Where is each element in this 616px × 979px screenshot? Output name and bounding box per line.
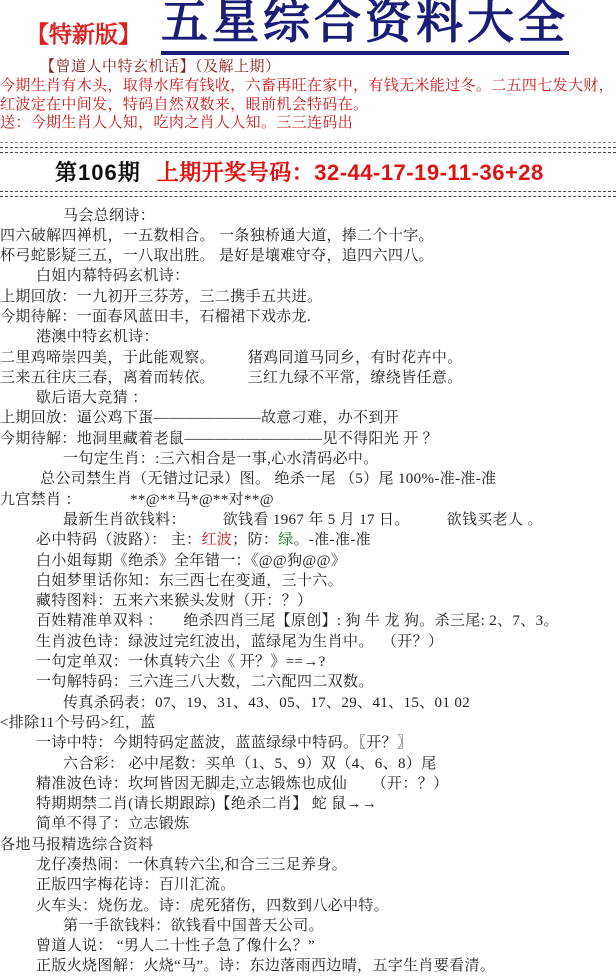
header: 【特新版】 五星综合资料大全 xyxy=(0,0,616,55)
edition-badge: 【特新版】 xyxy=(26,22,141,48)
content-line-text: 上期回放：逼公鸡下蛋———————故意刁难，办不到开 xyxy=(0,410,399,426)
content-line: 最新生肖欲钱料： 欲钱看 1967 年 5 月 17 日。 欲钱买老人 。 xyxy=(0,510,616,530)
content-line-text: 今期待解：一面春风蓝田丰，石榴裙下戏赤龙. xyxy=(0,309,311,325)
content-line: 歇后语大竞猜 ： xyxy=(0,388,616,408)
content-line-text: 一句定单双：一休真转六尘《 开？》==→? xyxy=(36,654,326,670)
content-line-text: 龙仔凑热闹：一休真转六尘,和合三三足养身。 xyxy=(36,857,347,873)
content-line-text: 一诗中特：今期特码定蓝波，蓝蓝绿绿中特码。〖开？〗 xyxy=(36,735,412,751)
content-line-text: 一句解特码：三六连三八大数，二六配四二双数。 xyxy=(36,674,374,690)
content-line: 传真杀码表：07、19、31、43、05、17、29、41、15、01 02 xyxy=(0,693,616,713)
content-line: <排除11个号码>红，蓝 xyxy=(0,713,616,733)
content-line: 白小姐每期《绝杀》全年错一：《@@狗@@》 xyxy=(0,551,616,571)
content-line-text: 正版火烧图解：火烧“马”。诗：东边落雨西边晴，五字生肖要看清。 xyxy=(36,958,495,974)
content-line: 杯弓蛇影疑三五，一八取出胜。 是好是壤难守夺，追四六四八。 xyxy=(0,246,616,266)
content-line: 四六破解四禅机，一五数相合。 一条独桥通大道，捧二个十字。 xyxy=(0,226,616,246)
intro-heading: 【曾道人中特玄机话】（及解上期） xyxy=(0,58,616,77)
last-draw-result: 上期开奖号码：32-44-17-19-11-36+28 xyxy=(157,156,544,187)
content-line: 六合彩： 必中尾数：买单（1、5、9）双（4、6、8）尾 xyxy=(0,754,616,774)
content-line: 第一手欲钱料：欲钱看中国普天公司。 xyxy=(0,916,616,936)
content-line-text: 绿 xyxy=(278,532,293,548)
content-line-text: 一句定生肖：:三六相合是一事,心水清码必中。 xyxy=(63,451,379,467)
page-title: 五星综合资料大全 xyxy=(161,0,569,55)
content-line-text: 港澳中特玄机诗： xyxy=(36,329,159,345)
content-line-text: 传真杀码表：07、19、31、43、05、17、29、41、15、01 02 xyxy=(63,695,470,711)
divider-thin xyxy=(0,142,616,143)
content-line-text: 曾道人说： “男人二十性子急了像什么？” xyxy=(36,938,315,954)
content-line-text: 百姓精准单双料 ： 绝杀四肖三尾【原创】: 狗 牛 龙 狗。杀三尾: 2、7、3… xyxy=(36,613,559,629)
intro-line-text: 送：今期生肖人人知，吃肉之肖人人知。三三连码出 xyxy=(0,115,353,131)
content-line-text: <排除11个号码>红，蓝 xyxy=(0,715,156,731)
content-line: 总公司禁生肖（无错过记录）图。 绝杀一尾 （5）尾 100%-准-准-准 xyxy=(0,469,616,489)
content-line-text: 马会总纲诗： xyxy=(63,208,155,224)
issue-number: 第106期 xyxy=(55,156,141,187)
content-line: 火车头：烧伤龙。诗：虎死猪伤，四数到八必中特。 xyxy=(0,896,616,916)
content-line: 马会总纲诗： xyxy=(0,206,616,226)
content-line: 百姓精准单双料 ： 绝杀四肖三尾【原创】: 狗 牛 龙 狗。杀三尾: 2、7、3… xyxy=(0,611,616,631)
content-line: 二里鸡啼崇四美，于此能观察。 猪鸡同道马同乡，有时花卉中。 xyxy=(0,348,616,368)
intro-lines: 今期生肖有木头，取得水库有钱收，六畜再旺在家中，有钱无米能过冬。二五四七发大财，… xyxy=(0,77,616,133)
content-line: 正版火烧图解：火烧“马”。诗：东边落雨西边晴，五字生肖要看清。 xyxy=(0,956,616,976)
content-line: 今期待解：一面春风蓝田丰，石榴裙下戏赤龙. xyxy=(0,307,616,327)
divider-double-bottom xyxy=(0,191,616,197)
content-line: 上期回放：一九初开三芬芳，三二携手五共进。 xyxy=(0,287,616,307)
content-line-text: 总公司禁生肖（无错过记录）图。 绝杀一尾 （5）尾 100%-准-准-准 xyxy=(36,471,496,487)
content-line: 精准波色诗：坎坷皆因无脚走,立志锻炼也成仙 （开：？） xyxy=(0,774,616,794)
content-line-text: 正版四字梅花诗：百川汇流。 xyxy=(36,877,236,893)
content-line-text: 白姐梦里话你知：东三西七在变通，三十六。 xyxy=(36,573,343,589)
content-line: 白姐梦里话你知：东三西七在变通，三十六。 xyxy=(0,571,616,591)
content-line: 港澳中特玄机诗： xyxy=(0,327,616,347)
content-line: 一句定生肖：:三六相合是一事,心水清码必中。 xyxy=(0,449,616,469)
content-line: 九宫禁肖 ： **@**马*@**对**@ xyxy=(0,490,616,510)
content-line-text: 第一手欲钱料：欲钱看中国普天公司。 xyxy=(63,918,324,934)
content-line: 上期回放：逼公鸡下蛋———————故意刁难，办不到开 xyxy=(0,408,616,428)
content-line-text: 特期期禁二肖(请长期跟踪)【绝杀二肖】 蛇 鼠→→ xyxy=(36,796,377,812)
content-line-text: 杯弓蛇影疑三五，一八取出胜。 是好是壤难守夺，追四六四八。 xyxy=(0,248,434,264)
page: 【特新版】 五星综合资料大全 【曾道人中特玄机话】（及解上期） 今期生肖有木头，… xyxy=(0,0,616,979)
content-line-text: 各地马报精选综合资料 xyxy=(0,837,154,853)
content-line-text: 最新生肖欲钱料： 欲钱看 1967 年 5 月 17 日。 欲钱买老人 。 xyxy=(63,512,543,528)
content-line-text: 必中特码（波路）： 主： xyxy=(36,532,201,548)
content-line: 三来五往庆三春，离着而转依。 三红九绿不平常，缭绕皆任意。 xyxy=(0,368,616,388)
intro-line: 送：今期生肖人人知，吃肉之肖人人知。三三连码出 xyxy=(0,114,616,133)
content-line: 必中特码（波路）： 主：红波；防：绿。-准-准-准 xyxy=(0,530,616,550)
content-line-text: 白小姐每期《绝杀》全年错一：《@@狗@@》 xyxy=(36,553,346,569)
content-line-text: 简单不得了：立志锻炼 xyxy=(36,816,190,832)
content-line: 一诗中特：今期特码定蓝波，蓝蓝绿绿中特码。〖开？〗 xyxy=(0,733,616,753)
content-line: 各地马报精选综合资料 xyxy=(0,835,616,855)
content-line: 白姐内幕特码玄机诗： xyxy=(0,266,616,286)
content-line-text: 。-准-准-准 xyxy=(294,532,371,548)
content-line-text: ；防： xyxy=(232,532,278,548)
content-line-text: 六合彩： 必中尾数：买单（1、5、9）双（4、6、8）尾 xyxy=(63,756,437,772)
content-line-text: 精准波色诗：坎坷皆因无脚走,立志锻炼也成仙 （开：？） xyxy=(36,776,448,792)
content-line: 生肖波色诗：绿波过完红波出，蓝绿尾为生肖中。 （开？） xyxy=(0,632,616,652)
content-line: 藏特图料：五来六来猴头发财（开：？） xyxy=(0,591,616,611)
content-line-text: 上期回放：一九初开三芬芳，三二携手五共进。 xyxy=(0,289,322,305)
intro-section: 【曾道人中特玄机话】（及解上期） 今期生肖有木头，取得水库有钱收，六畜再旺在家中… xyxy=(0,58,616,133)
intro-line: 红波定在中间发，特码自然双数来，眼前机会特码在。 xyxy=(0,96,616,115)
content-line-text: 二里鸡啼崇四美，于此能观察。 猪鸡同道马同乡，有时花卉中。 xyxy=(0,350,463,366)
content-line-text: 火车头：烧伤龙。诗：虎死猪伤，四数到八必中特。 xyxy=(36,898,389,914)
content-line-text: 今期待解：地洞里藏着老鼠—————————见不得阳光 开 ？ xyxy=(0,431,438,447)
content-line-text: 九宫禁肖 ： **@**马*@**对**@ xyxy=(0,492,274,508)
intro-line: 今期生肖有木头，取得水库有钱收，六畜再旺在家中，有钱无米能过冬。二五四七发大财， xyxy=(0,77,616,96)
issue-banner: 第106期 上期开奖号码：32-44-17-19-11-36+28 xyxy=(0,153,616,191)
content-line: 正版四字梅花诗：百川汇流。 xyxy=(0,875,616,895)
content-line-text: 红波 xyxy=(201,532,232,548)
content-line-text: 藏特图料：五来六来猴头发财（开：？） xyxy=(36,593,312,609)
content-line: 一句定单双：一休真转六尘《 开？》==→? xyxy=(0,652,616,672)
content-lines: 马会总纲诗：四六破解四禅机，一五数相合。 一条独桥通大道，捧二个十字。杯弓蛇影疑… xyxy=(0,206,616,977)
content-line-text: 三来五往庆三春，离着而转依。 三红九绿不平常，缭绕皆任意。 xyxy=(0,370,463,386)
content-line-text: 四六破解四禅机，一五数相合。 一条独桥通大道，捧二个十字。 xyxy=(0,228,434,244)
content-line-text: 歇后语大竞猜 ： xyxy=(36,390,148,406)
content-line: 龙仔凑热闹：一休真转六尘,和合三三足养身。 xyxy=(0,855,616,875)
content-line: 特期期禁二肖(请长期跟踪)【绝杀二肖】 蛇 鼠→→ xyxy=(0,794,616,814)
content-line-text: 白姐内幕特码玄机诗： xyxy=(36,268,190,284)
content-line: 曾道人说： “男人二十性子急了像什么？” xyxy=(0,936,616,956)
content-line: 一句解特码：三六连三八大数，二六配四二双数。 xyxy=(0,672,616,692)
intro-line-text: 今期生肖有木头，取得水库有钱收，六畜再旺在家中，有钱无米能过冬。二五四七发大财， xyxy=(0,78,614,94)
content-line: 今期待解：地洞里藏着老鼠—————————见不得阳光 开 ？ xyxy=(0,429,616,449)
intro-line-text: 红波定在中间发，特码自然双数来，眼前机会特码在。 xyxy=(0,97,368,113)
content-line: 简单不得了：立志锻炼 xyxy=(0,814,616,834)
content-line-text: 生肖波色诗：绿波过完红波出，蓝绿尾为生肖中。 （开？） xyxy=(36,634,443,650)
